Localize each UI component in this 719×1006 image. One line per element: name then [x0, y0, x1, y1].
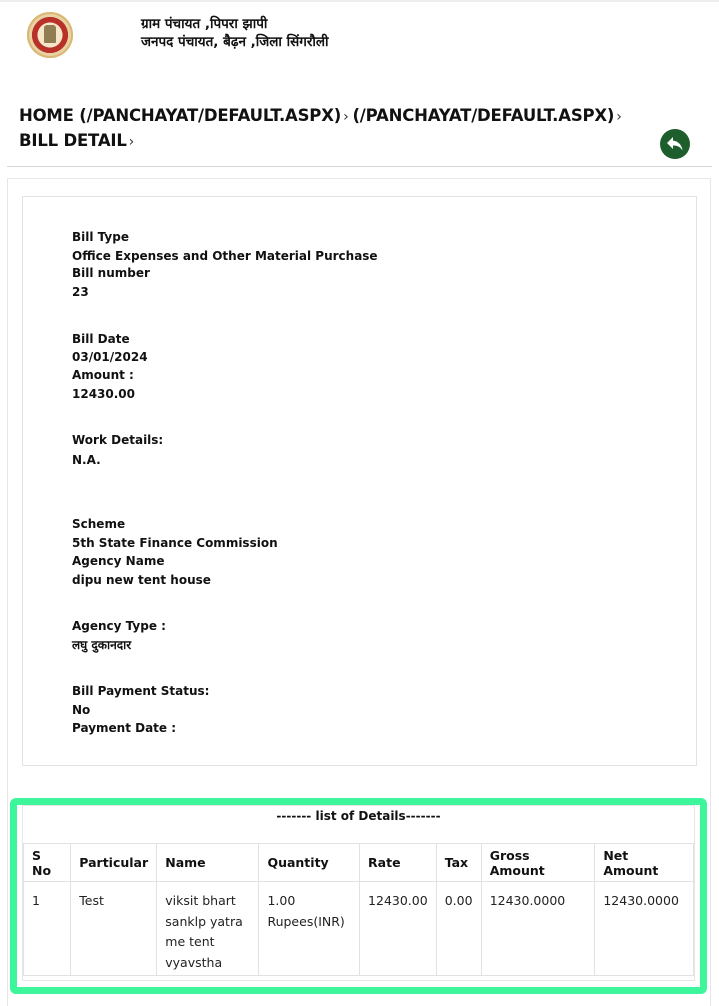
col-tax: Tax [436, 844, 481, 882]
breadcrumb: HOME (/PANCHAYAT/DEFAULT.ASPX)›(/PANCHAY… [19, 104, 639, 154]
table-header-row: S No Particular Name Quantity Rate Tax G… [24, 844, 694, 882]
payment-date-label: Payment Date : [72, 719, 176, 738]
bill-type-value: Office Expenses and Other Material Purch… [72, 247, 378, 266]
col-sno: S No [24, 844, 71, 882]
state-emblem-logo [27, 12, 73, 58]
list-of-details-panel: ------- list of Details------- S No Part… [22, 805, 695, 981]
bill-date-label: Bill Date [72, 330, 130, 349]
agency-name-value: dipu new tent house [72, 571, 211, 590]
cell-sno: 1 [24, 882, 71, 976]
col-quantity: Quantity [259, 844, 360, 882]
payment-status-value: No [72, 701, 90, 720]
payment-status-label: Bill Payment Status: [72, 682, 209, 701]
scheme-value: 5th State Finance Commission [72, 534, 278, 553]
cell-gross-amount: 12430.0000 [481, 882, 595, 976]
work-details-value: N.A. [72, 451, 101, 470]
breadcrumb-home[interactable]: HOME (/PANCHAYAT/DEFAULT.ASPX) [19, 106, 341, 125]
breadcrumb-default[interactable]: (/PANCHAYAT/DEFAULT.ASPX) [352, 106, 614, 125]
cell-net-amount: 12430.0000 [595, 882, 694, 976]
cell-name: viksit bhart sanklp yatra me tent vyavst… [157, 882, 259, 976]
col-rate: Rate [360, 844, 437, 882]
janpad-panchayat-name: जनपद पंचायत, बैढ़न ,जिला सिंगरौली [141, 33, 329, 51]
back-button[interactable] [660, 129, 690, 159]
table-row: 1 Test viksit bhart sanklp yatra me tent… [24, 882, 694, 976]
amount-value: 12430.00 [72, 385, 135, 404]
work-details-label: Work Details: [72, 431, 163, 450]
bill-type-label: Bill Type [72, 228, 129, 247]
bill-number-value: 23 [72, 283, 89, 302]
cell-tax: 0.00 [436, 882, 481, 976]
breadcrumb-separator: › [343, 109, 348, 125]
col-name: Name [157, 844, 259, 882]
scheme-label: Scheme [72, 515, 125, 534]
col-net-amount: Net Amount [595, 844, 694, 882]
agency-type-value: लघु दुकानदार [72, 636, 131, 655]
breadcrumb-separator: › [616, 109, 621, 125]
cell-particular: Test [71, 882, 157, 976]
reply-arrow-icon [666, 136, 684, 152]
cell-quantity: 1.00 Rupees(INR) [259, 882, 360, 976]
details-table: S No Particular Name Quantity Rate Tax G… [23, 843, 694, 976]
bill-detail-card: Bill Type Office Expenses and Other Mate… [22, 196, 697, 766]
agency-name-label: Agency Name [72, 552, 164, 571]
breadcrumb-bill-detail: BILL DETAIL [19, 131, 127, 150]
gram-panchayat-name: ग्राम पंचायत ,पिपरा झापी [141, 15, 329, 33]
cell-rate: 12430.00 [360, 882, 437, 976]
bill-number-label: Bill number [72, 264, 150, 283]
list-title: ------- list of Details------- [23, 809, 694, 823]
organization-name: ग्राम पंचायत ,पिपरा झापी जनपद पंचायत, बै… [141, 15, 329, 51]
breadcrumb-separator: › [129, 134, 134, 150]
divider [7, 166, 712, 167]
amount-label: Amount : [72, 366, 134, 385]
site-header: ग्राम पंचायत ,पिपरा झापी जनपद पंचायत, बै… [0, 0, 719, 70]
bill-date-value: 03/01/2024 [72, 348, 148, 367]
col-particular: Particular [71, 844, 157, 882]
col-gross-amount: Gross Amount [481, 844, 595, 882]
agency-type-label: Agency Type : [72, 617, 166, 636]
